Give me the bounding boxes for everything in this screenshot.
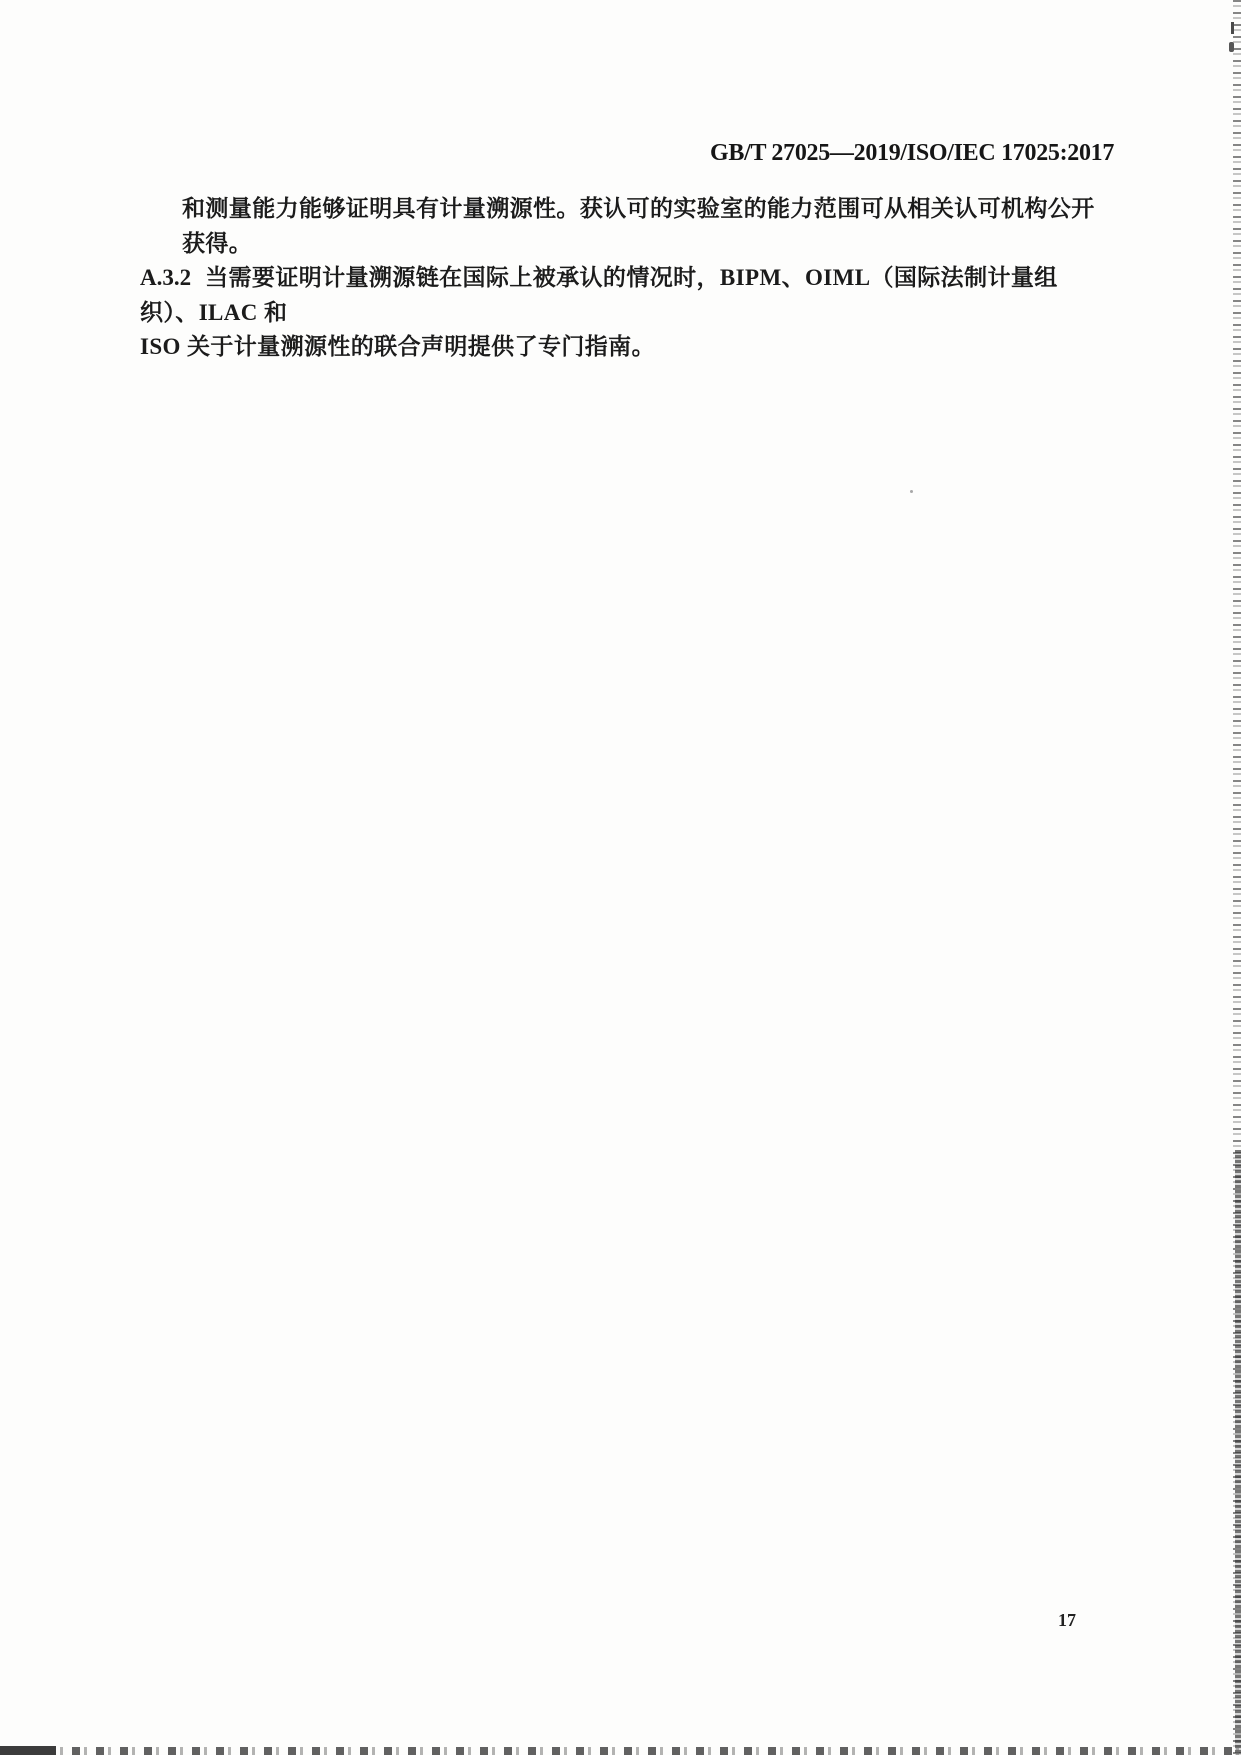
paragraph-a31-continuation-line1: 和测量能力能够证明具有计量溯源性。获认可的实验室的能力范围可从相关认可机构公开 bbox=[182, 192, 1096, 227]
page-header-standard-code: GB/T 27025—2019/ISO/IEC 17025:2017 bbox=[710, 140, 1100, 167]
scan-noise-bottom-edge bbox=[0, 1747, 1241, 1755]
scan-noise-right-edge-dark bbox=[1235, 1150, 1241, 1755]
document-page: GB/T 27025—2019/ISO/IEC 17025:2017 和测量能力… bbox=[0, 0, 1241, 1755]
clause-a32-number: A.3.2 bbox=[140, 265, 191, 290]
body-text-block: 和测量能力能够证明具有计量溯源性。获认可的实验室的能力范围可从相关认可机构公开 … bbox=[140, 192, 1096, 365]
scan-speck-top-right-1 bbox=[1231, 22, 1234, 34]
clause-a32-line1: A.3.2当需要证明计量溯源链在国际上被承认的情况时，BIPM、OIML（国际法… bbox=[140, 261, 1096, 330]
clause-a32-line2: ISO 关于计量溯源性的联合声明提供了专门指南。 bbox=[140, 330, 1096, 365]
paragraph-a31-continuation-line2: 获得。 bbox=[182, 227, 1096, 262]
scan-speck-top-right-2 bbox=[1229, 42, 1234, 52]
page-number: 17 bbox=[1058, 1610, 1076, 1631]
clause-a32-text-line1: 当需要证明计量溯源链在国际上被承认的情况时，BIPM、OIML（国际法制计量组织… bbox=[140, 265, 1058, 325]
scan-noise-bottom-left-block bbox=[0, 1746, 56, 1755]
scan-speck-middle bbox=[910, 490, 913, 493]
